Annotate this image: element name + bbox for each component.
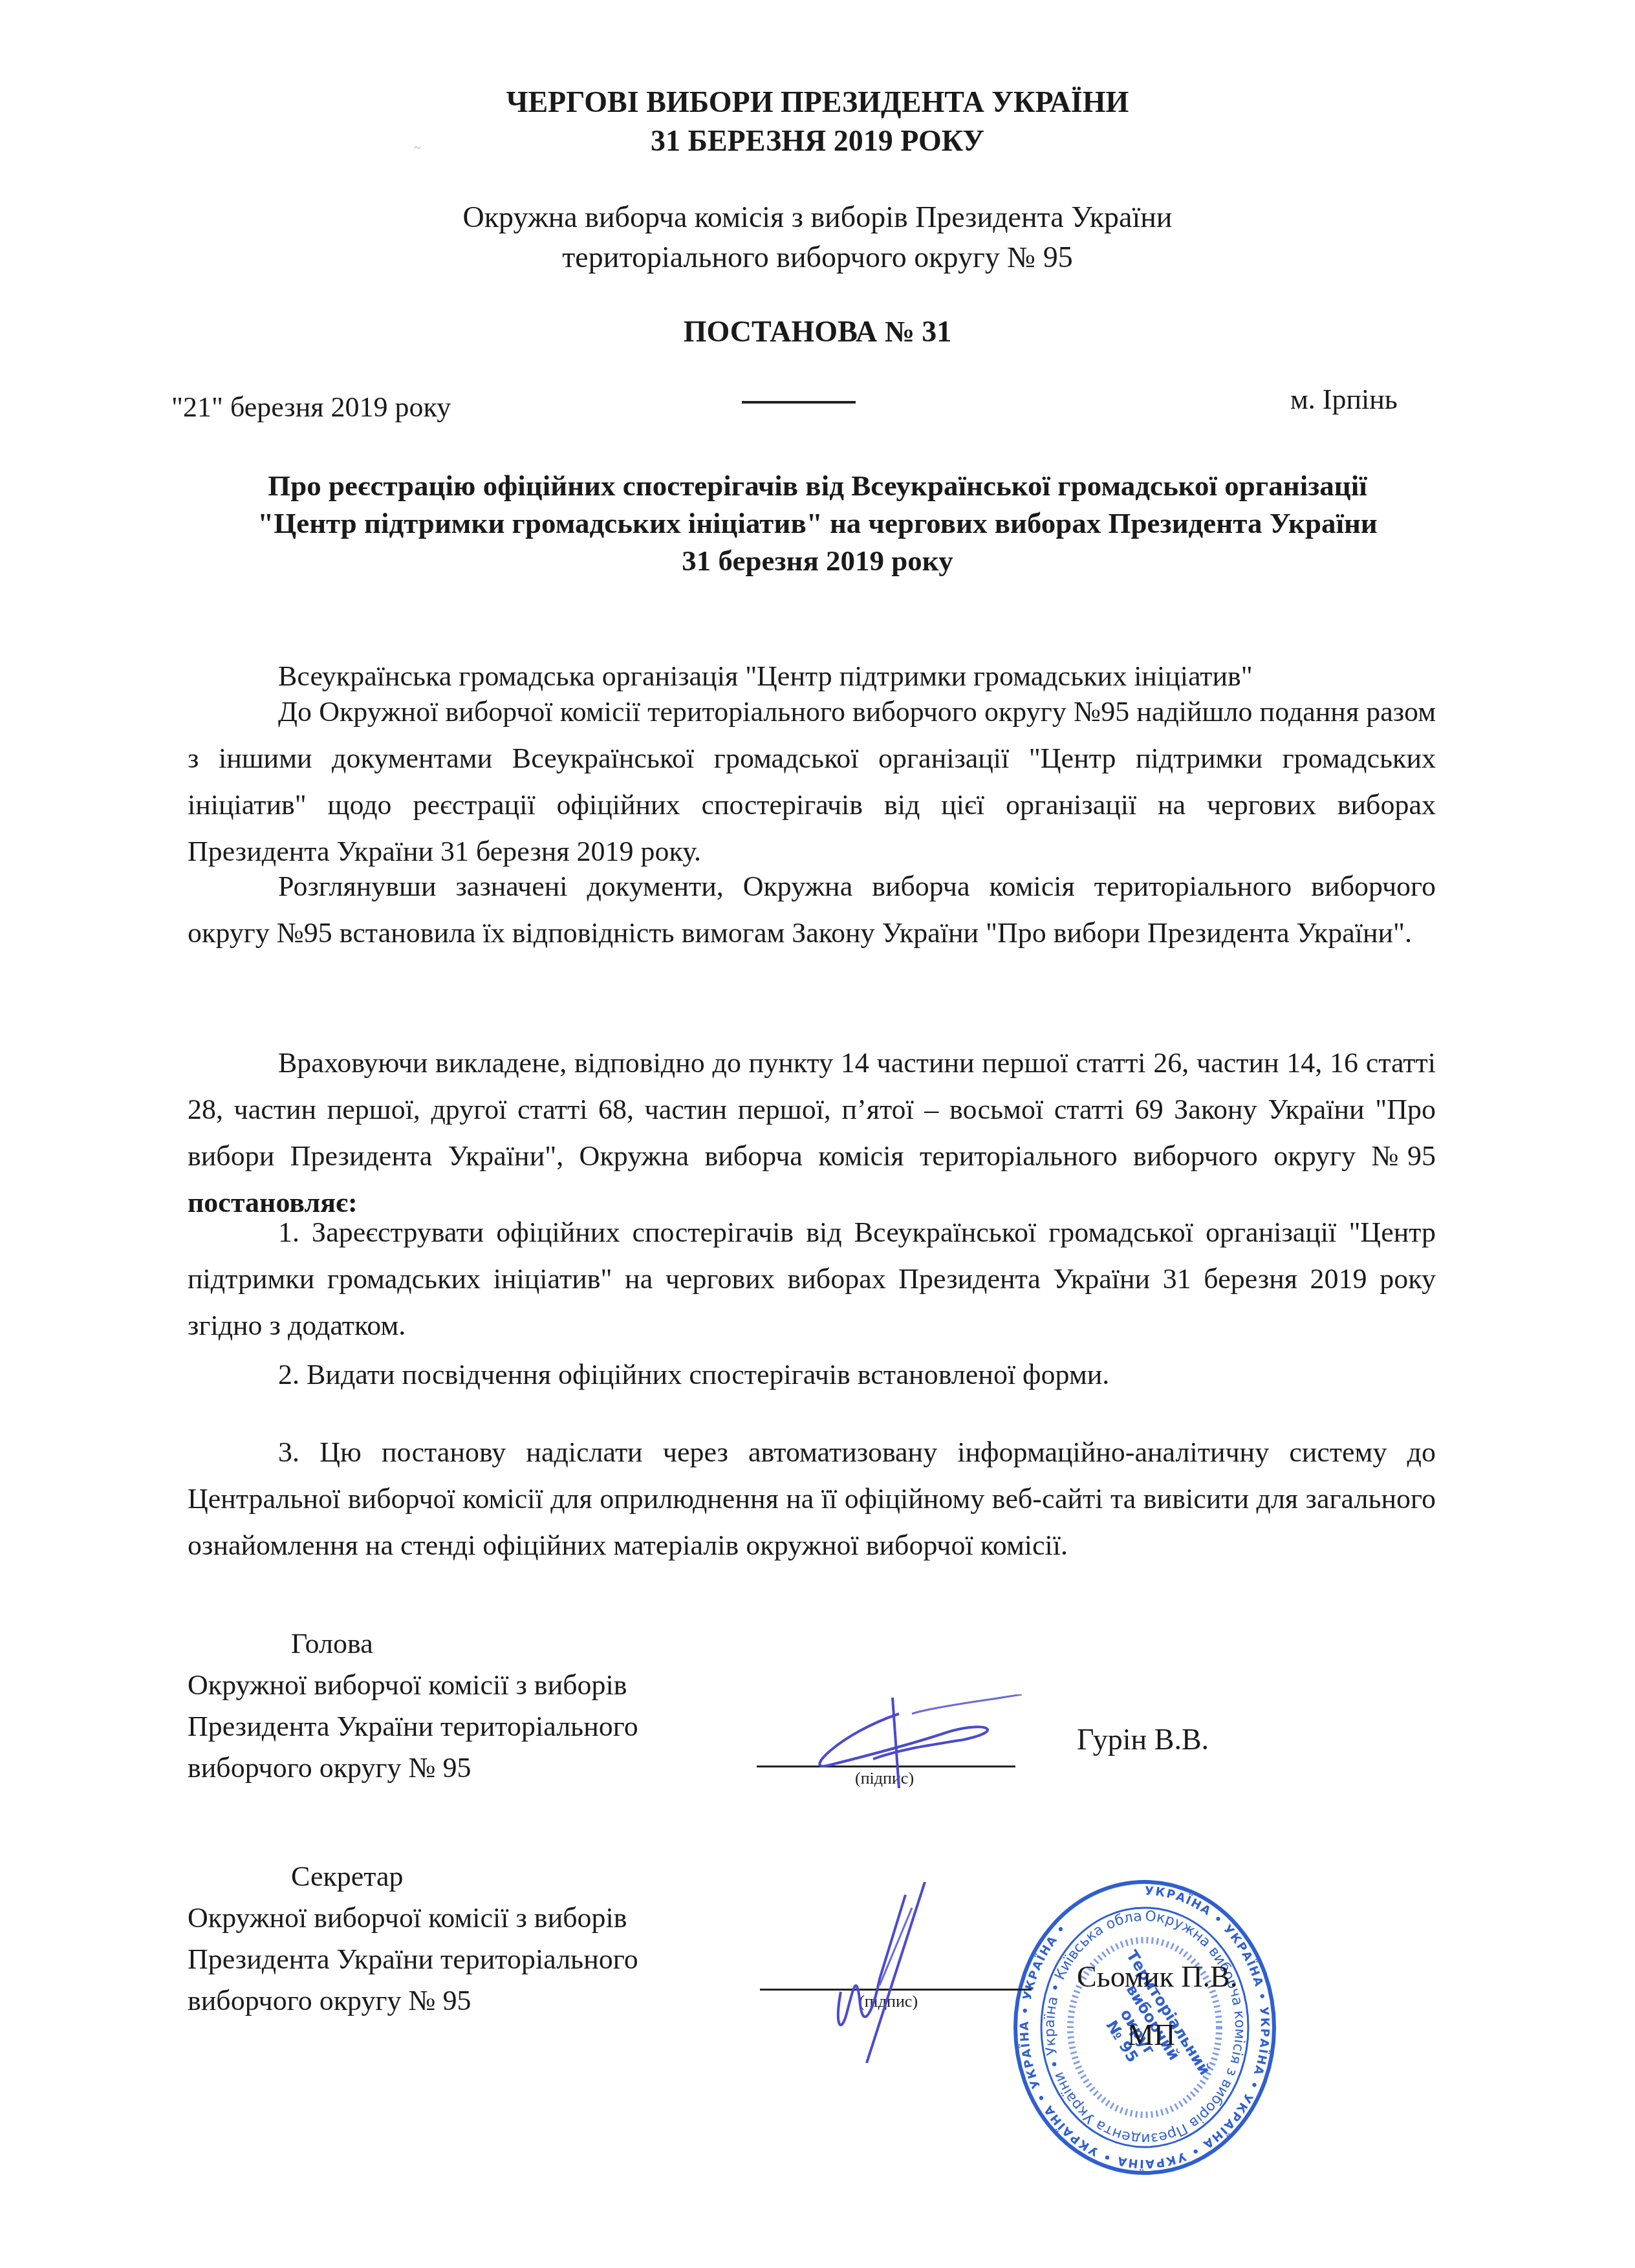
secretary-org-line1: Окружної виборчої комісії з виборів [188, 1897, 638, 1939]
commission-name: Окружна виборча комісія з виборів Презид… [0, 197, 1635, 277]
chair-org-line2: Президента України територіального [188, 1706, 638, 1747]
election-title-line2: 31 БЕРЕЗНЯ 2019 РОКУ [0, 122, 1635, 160]
resolution-item-3: 3. Цю постанову надіслати через автомати… [188, 1429, 1436, 1569]
chair-role: Голова [188, 1623, 638, 1665]
paragraph-submission: До Окружної виборчої комісії територіаль… [188, 689, 1436, 875]
secretary-block: Секретар Окружної виборчої комісії з виб… [188, 1856, 638, 2022]
resolution-item-1: 1. Зареєструвати офіційних спостерігачів… [188, 1209, 1436, 1349]
chair-org-line3: виборчого округу № 95 [188, 1747, 638, 1789]
commission-name-line1: Окружна виборча комісія з виборів Презид… [0, 197, 1635, 237]
resolution-title: ПОСТАНОВА № 31 [0, 312, 1635, 351]
resolution-date: "21" березня 2019 року [171, 391, 451, 424]
resolution-city: м. Ірпінь [1290, 383, 1398, 416]
scan-speck: ~ [414, 141, 421, 156]
chair-org-line1: Окружної виборчої комісії з виборів [188, 1665, 638, 1706]
chair-block: Голова Окружної виборчої комісії з вибор… [188, 1623, 638, 1789]
secretary-name: Сьомик П.В. [1077, 1960, 1237, 1994]
legal-basis-text: Враховуючи викладене, відповідно до пунк… [188, 1047, 1436, 1172]
chair-name: Гурін В.В. [1077, 1722, 1209, 1756]
subject-line2: "Центр підтримки громадських ініціатив" … [0, 504, 1635, 542]
subject-line1: Про реєстрацію офіційних спостерігачів в… [0, 467, 1635, 504]
paragraph-legal-basis: Враховуючи викладене, відповідно до пунк… [188, 1040, 1436, 1226]
secretary-role: Секретар [188, 1856, 638, 1897]
election-title-line1: ЧЕРГОВІ ВИБОРИ ПРЕЗИДЕНТА УКРАЇНИ [0, 83, 1635, 122]
paragraph-review: Розглянувши зазначені документи, Окружна… [188, 863, 1436, 956]
seal-mark-label: МП [1127, 2018, 1175, 2052]
secretary-org-line2: Президента України територіального [188, 1939, 638, 1980]
resolution-number-blank [742, 401, 856, 404]
secretary-org-line3: виборчого округу № 95 [188, 1980, 638, 2022]
secretary-signature-icon [828, 1882, 931, 2063]
commission-name-line2: територіального виборчого округу № 95 [0, 237, 1635, 277]
chair-signature-icon [802, 1694, 1035, 1791]
election-title: ЧЕРГОВІ ВИБОРИ ПРЕЗИДЕНТА УКРАЇНИ 31 БЕР… [0, 83, 1635, 160]
subject-line3: 31 березня 2019 року [0, 542, 1635, 579]
resolution-item-2: 2. Видати посвідчення офіційних спостері… [188, 1352, 1436, 1398]
resolution-subject: Про реєстрацію офіційних спостерігачів в… [0, 467, 1635, 579]
